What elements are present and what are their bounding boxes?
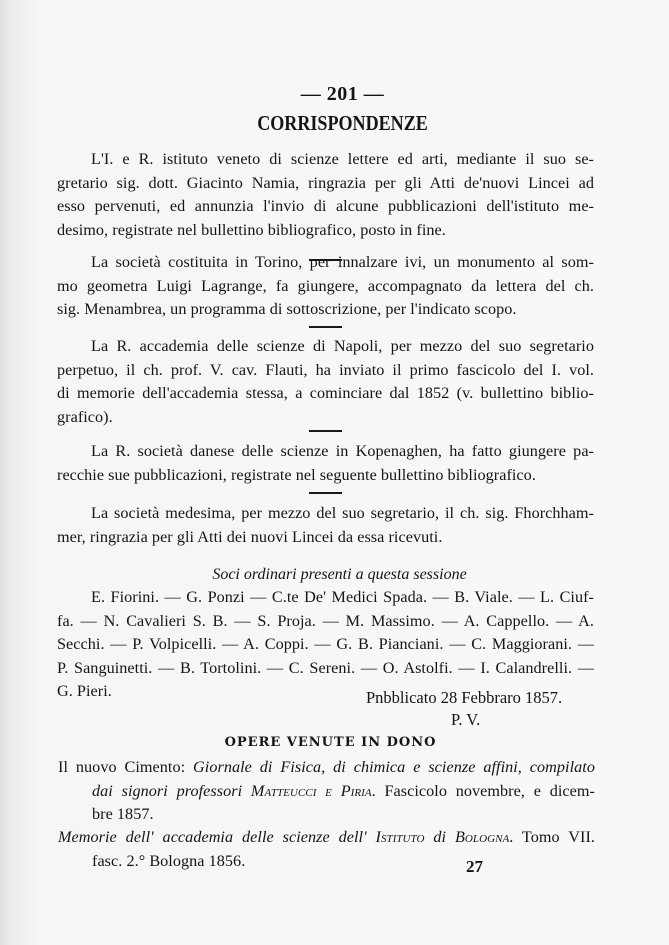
text-line: recchie sue pubblicazioni, registrate ne…: [57, 464, 594, 488]
members-heading: Soci ordinari presenti a questa sessione: [5, 566, 669, 584]
gift-entry: Memorie dell' accademia delle scienze de…: [58, 826, 595, 873]
correspondence-paragraph: La R. società danese delle scienze in Ko…: [57, 440, 594, 487]
text-line: perpetuo, il ch. prof. V. cav. Flauti, h…: [57, 359, 594, 383]
gift-text: fasc. 2.° Bologna 1856.: [58, 850, 595, 874]
correspondence-paragraph: L'I. e R. istituto veneto di scienze let…: [57, 148, 594, 242]
gift-city: Bologna: [455, 828, 509, 846]
gift-title: di: [425, 828, 455, 846]
correspondence-paragraph: La società costituita in Torino, per inn…: [57, 251, 594, 322]
members-list: E. Fiorini. — G. Ponzi — C.te De' Medici…: [57, 586, 594, 704]
text-line: La società medesima, per mezzo del suo s…: [57, 502, 594, 526]
publication-date: Pnbblicato 28 Febbraro 1857.: [366, 688, 562, 708]
correspondence-paragraph: La società medesima, per mezzo del suo s…: [57, 502, 594, 549]
gift-text: . Fascicolo novembre, e dicem-: [372, 782, 595, 800]
section-title: CORRISPONDENZE: [55, 111, 630, 136]
divider-rule: [309, 430, 342, 432]
text-line: La R. accademia delle scienze di Napoli,…: [57, 335, 594, 359]
divider-rule: [309, 326, 342, 328]
text-line: mer, ringrazia per gli Atti dei nuovi Li…: [57, 526, 594, 550]
text-line: esso pervenuti, ed annunzia l'invio di a…: [57, 195, 594, 219]
text-line: La R. società danese delle scienze in Ko…: [57, 440, 594, 464]
signature-number: 27: [466, 857, 483, 877]
gift-title: Giornale di Fisica, di chimica e scienze…: [193, 758, 595, 776]
book-page: — 201 — CORRISPONDENZE L'I. e R. istitut…: [0, 0, 669, 945]
members-line: Secchi. — P. Volpicelli. — A. Coppi. — G…: [57, 633, 594, 657]
gift-text: Il nuovo Cimento:: [58, 758, 193, 776]
publication-initials: P. V.: [451, 710, 480, 730]
members-line: fa. — N. Cavalieri S. B. — S. Proja. — M…: [57, 610, 594, 634]
text-line: grafico).: [57, 406, 594, 430]
gift-institution: Istituto: [376, 828, 425, 846]
text-line: La società costituita in Torino, per inn…: [57, 251, 594, 275]
gift-entry: Il nuovo Cimento: Giornale di Fisica, di…: [58, 756, 595, 827]
text-line: mo geometra Luigi Lagrange, fa giungere,…: [57, 275, 594, 299]
members-line: P. Sanguinetti. — B. Tortolini. — C. Ser…: [57, 657, 594, 681]
members-line: E. Fiorini. — G. Ponzi — C.te De' Medici…: [57, 586, 594, 610]
text-line: gretario sig. dott. Giacinto Namia, ring…: [57, 172, 594, 196]
gift-title: dai signori professori: [92, 782, 251, 800]
text-line: desimo, registrate nel bullettino biblio…: [57, 219, 594, 243]
text-line: L'I. e R. istituto veneto di scienze let…: [57, 148, 594, 172]
text-line: di memorie dell'accademia stessa, a comi…: [57, 382, 594, 406]
gift-title: Memorie dell' accademia delle scienze de…: [58, 828, 376, 846]
gift-text: . Tomo VII.: [509, 828, 595, 846]
correspondence-paragraph: La R. accademia delle scienze di Napoli,…: [57, 335, 594, 429]
page-number: — 201 —: [8, 83, 669, 106]
divider-rule: [309, 492, 342, 494]
gifts-heading: OPERE VENUTE IN DONO: [0, 735, 665, 750]
gift-authors: Matteucci e Piria: [251, 782, 372, 800]
gift-text: bre 1857.: [58, 803, 595, 827]
text-line: sig. Menambrea, un programma di sottoscr…: [57, 298, 594, 322]
